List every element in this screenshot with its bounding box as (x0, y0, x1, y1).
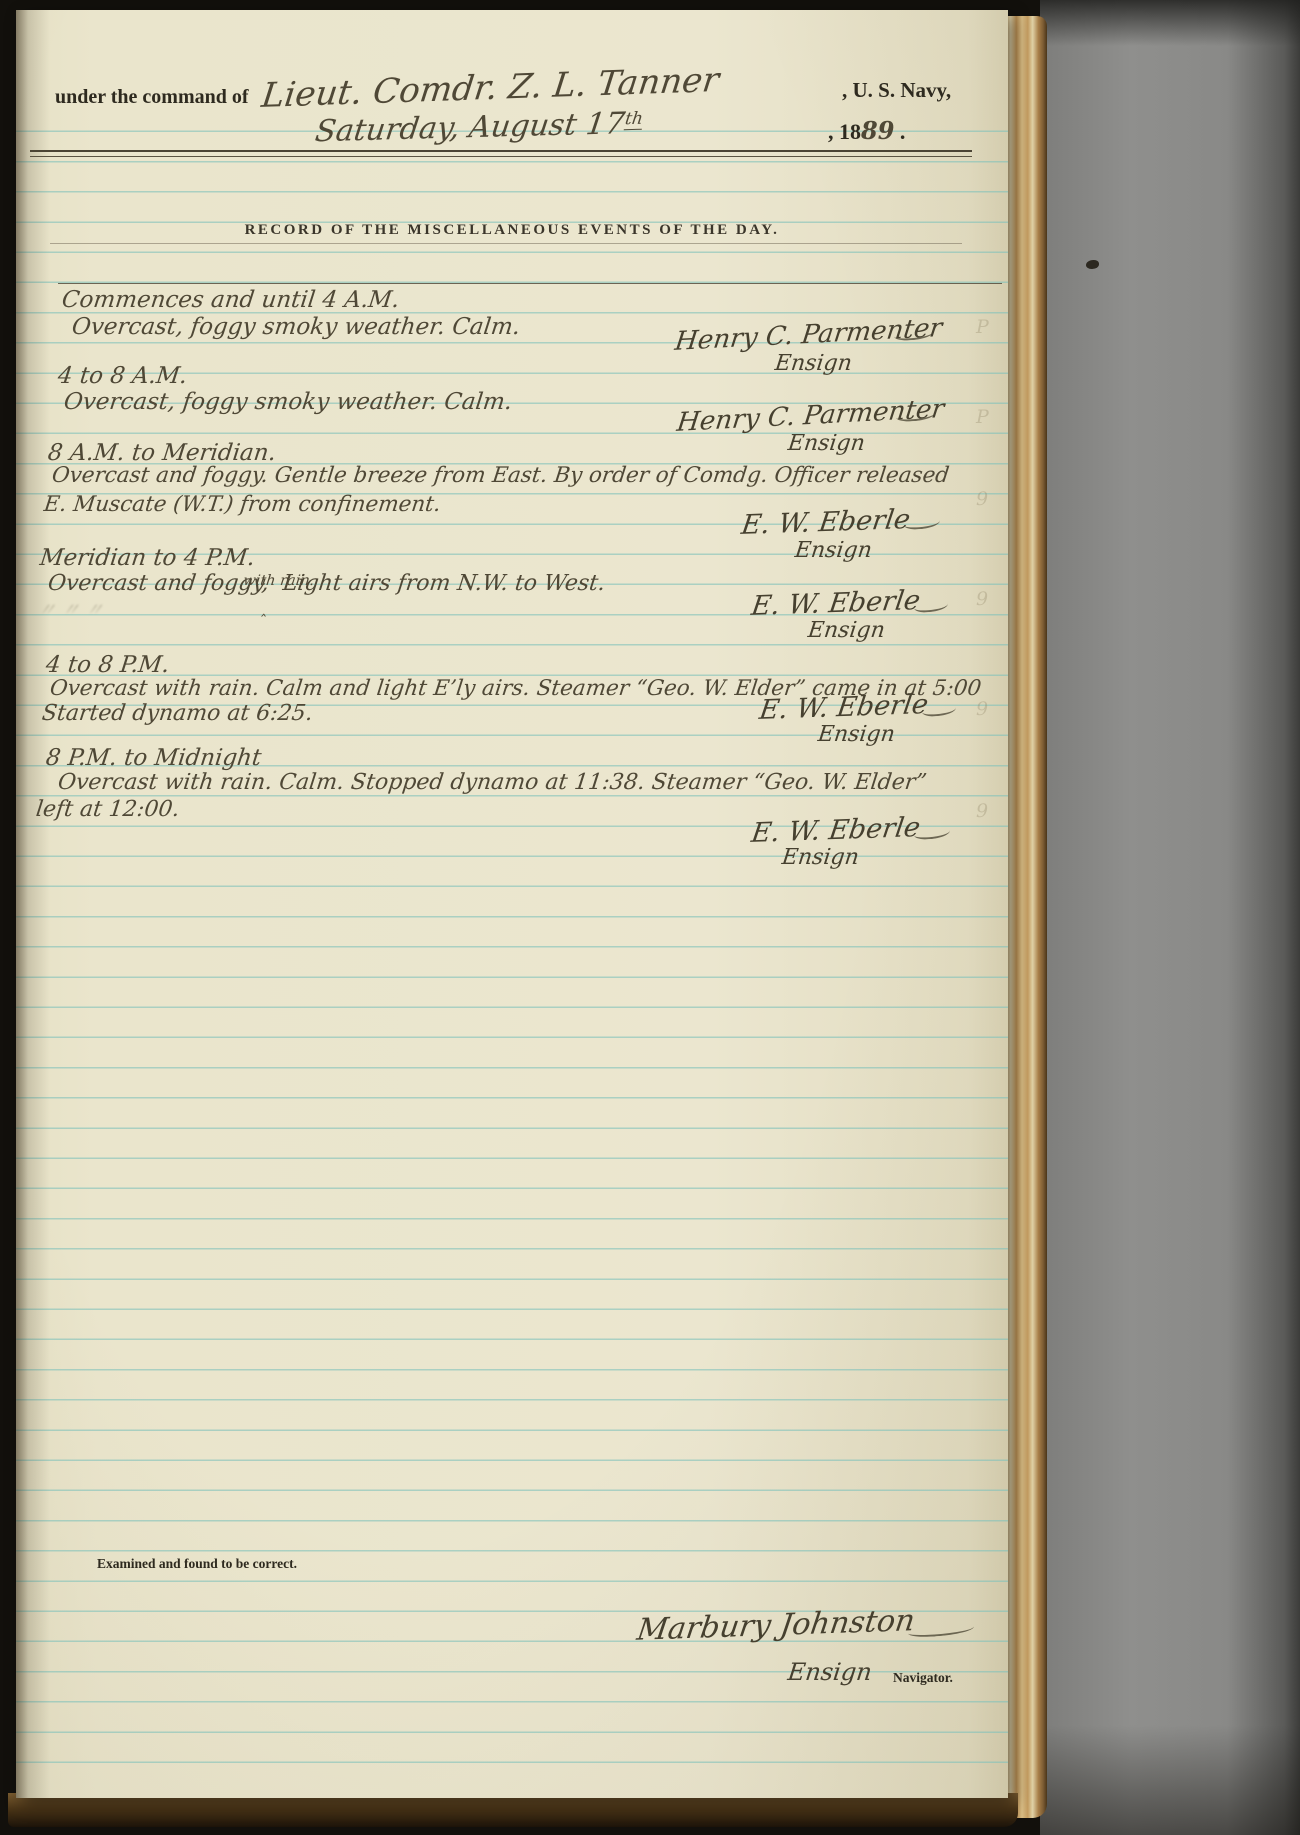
header-printed-prefix: under the command of (55, 86, 249, 109)
logbook-page-scan: under the command of Lieut. Comdr. Z. L.… (0, 0, 1300, 1835)
entry-time-label: 4 to 8 P.M. (44, 652, 170, 678)
margin-pencil-mark: 9 (976, 800, 988, 822)
entry-text-part: Overcast and foggy, (46, 571, 270, 596)
year-printed-prefix: , 18 (828, 119, 861, 144)
heading-rule (50, 243, 962, 244)
entry-text-line: E. Muscate (W.T.) from confinement. (42, 492, 442, 517)
backdrop-gray-area (1040, 0, 1300, 1835)
margin-pencil-mark: 9 (976, 488, 988, 510)
entry-text-line: left at 12:00. (34, 797, 180, 822)
navy-suffix: , U. S. Navy, (842, 78, 951, 103)
logbook-paper: under the command of Lieut. Comdr. Z. L.… (16, 10, 1008, 1798)
officer-rank: Ensign (780, 845, 860, 870)
entry-text-line: Overcast, foggy smoky weather. Calm. (70, 314, 521, 340)
header-rule (30, 150, 972, 157)
officer-signature: E. W. Eberle (749, 812, 922, 849)
entry-time-label: Commences and until 4 A.M. (60, 287, 400, 313)
margin-pencil-mark: P (976, 406, 989, 428)
section-rule (58, 283, 1002, 284)
examined-statement: Examined and found to be correct. (97, 1556, 297, 1572)
entry-text-line: Overcast with rain. Calm. Stopped dynamo… (56, 770, 928, 795)
entry-text-line: Overcast, foggy smoky weather. Calm. (62, 389, 513, 415)
entry-time-label: 4 to 8 A.M. (56, 363, 188, 389)
year-period: . (900, 119, 906, 144)
insertion-text: with rain. (242, 573, 315, 589)
entry-text-line: Overcast and foggy. Gentle breeze from E… (50, 463, 950, 488)
binding-gutter-shadow (16, 10, 50, 1798)
ruled-lines (16, 102, 1008, 1790)
navigator-rank: Ensign (786, 1658, 873, 1686)
navigator-label: Navigator. (893, 1670, 953, 1686)
margin-pencil-mark: 9 (976, 588, 988, 610)
officer-rank: Ensign (773, 351, 853, 376)
officer-signature: E. W. Eberle (749, 585, 922, 622)
margin-pencil-mark: P (976, 316, 989, 338)
date-ordinal-suffix: th (624, 109, 645, 130)
officer-rank: Ensign (806, 618, 886, 643)
entry-text-line: Overcast and foggy,with rain.‸Light airs… (46, 571, 606, 596)
entry-time-label: 8 P.M. to Midnight (44, 745, 262, 771)
year-line: , 1889 . (828, 116, 905, 145)
year-handwriting: 89 (861, 116, 894, 145)
page-heading: RECORD OF THE MISCELLANEOUS EVENTS OF TH… (16, 222, 1008, 239)
officer-signature: E. W. Eberle (739, 504, 912, 541)
officer-rank: Ensign (816, 722, 896, 747)
entry-text-part: Light airs from N.W. to West. (281, 571, 606, 596)
officer-rank: Ensign (793, 538, 873, 563)
book-bottom-edges (8, 1793, 1018, 1827)
margin-pencil-mark: 9 (976, 698, 988, 720)
entry-time-label: Meridian to 4 P.M. (38, 545, 256, 571)
officer-rank: Ensign (786, 431, 866, 456)
erased-text-smudge: 〃 〃 〃 (36, 596, 105, 622)
entry-text-line: Started dynamo at 6:25. (40, 701, 314, 726)
officer-signature: E. W. Eberle (757, 689, 930, 726)
